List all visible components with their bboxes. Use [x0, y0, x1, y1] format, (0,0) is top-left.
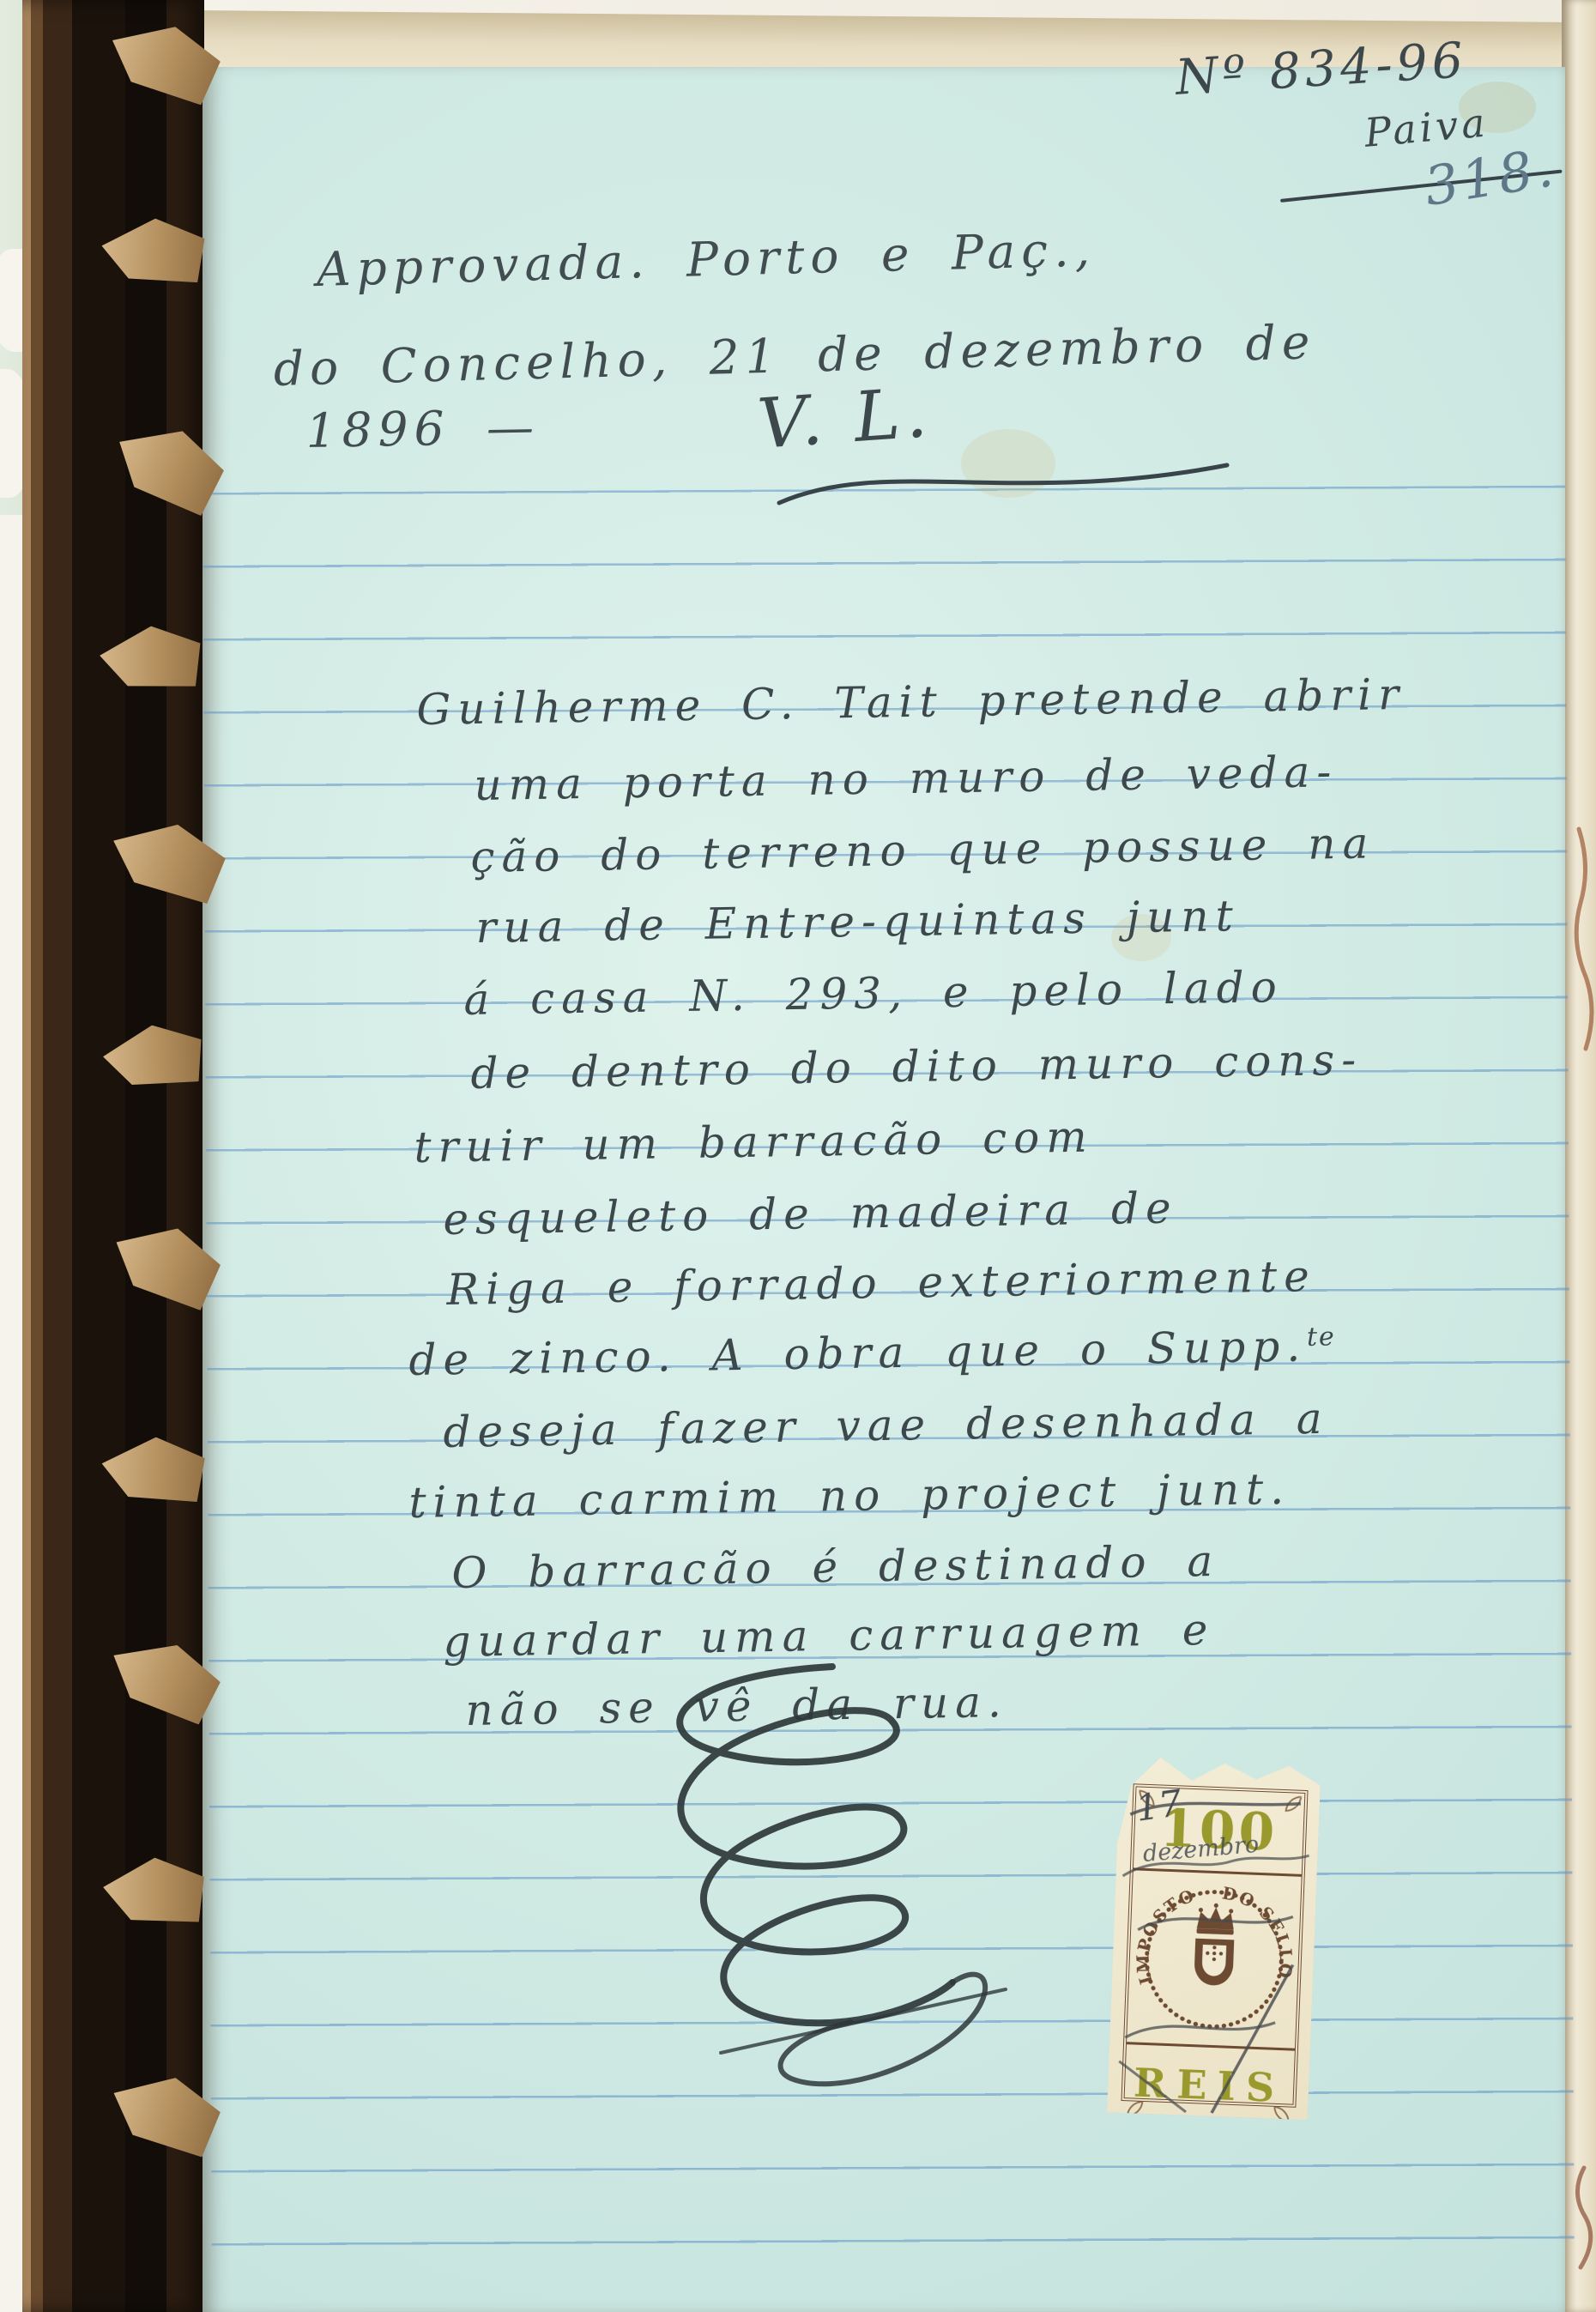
header-signature-flourish: [772, 446, 1236, 524]
body-line-10-superscript: te: [1307, 1322, 1336, 1353]
fore-edge-ink-curl: [1567, 2163, 1596, 2274]
fore-edge-ink-marks: [1565, 824, 1594, 1167]
stamp-cancellation-strokes: [1107, 1749, 1321, 2121]
revenue-stamp: 100 IMPOSTO DO SELLO: [1107, 1749, 1321, 2121]
book-binding: [22, 0, 204, 2312]
signature-spiral-flourish: [549, 1648, 1030, 2128]
header-line-3: 1896 —: [305, 399, 541, 458]
scanned-document: { "document": { "docket_number": "Nº 834…: [0, 0, 1596, 2312]
